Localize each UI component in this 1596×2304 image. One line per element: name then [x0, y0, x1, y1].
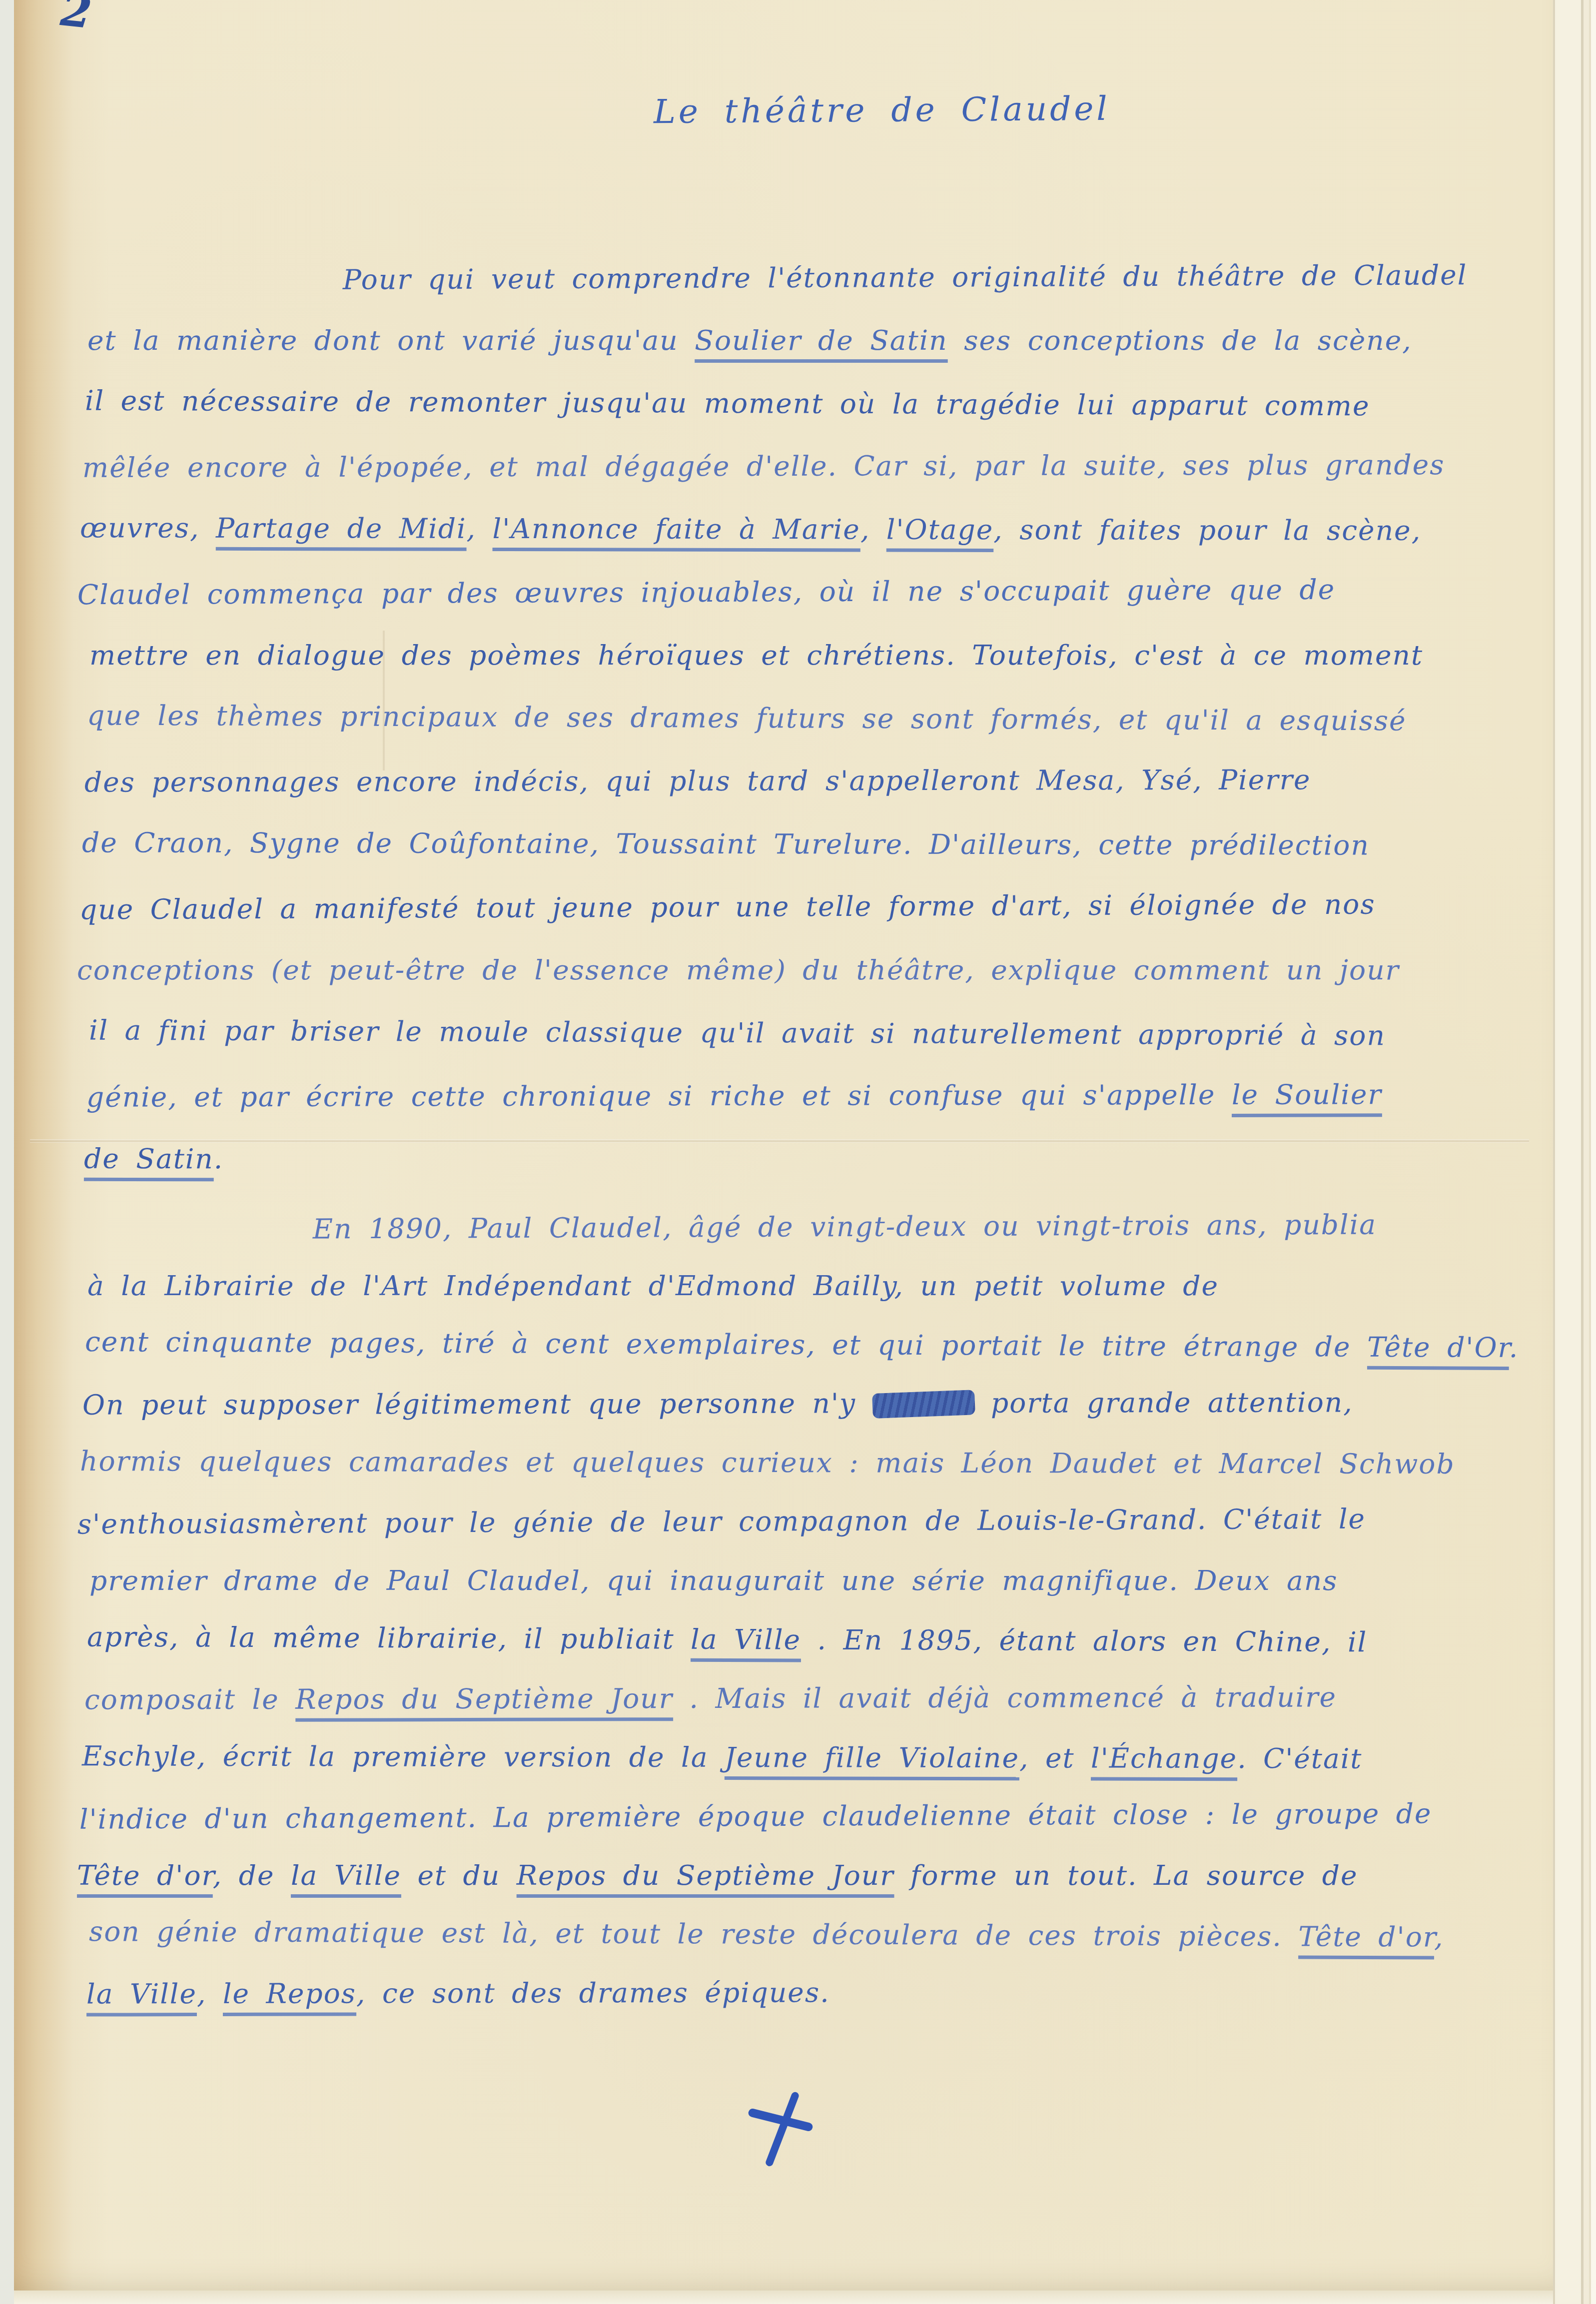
manuscript-line: Tête d'or, de la Ville et du Repos du Se…: [77, 1862, 1358, 1889]
text-segment: ,: [1434, 1921, 1444, 1953]
text-segment: mêlée encore à l'épopée, et mal dégagée …: [82, 449, 1445, 484]
text-segment: En 1890, Paul Claudel, âgé de vingt-deux…: [313, 1209, 1377, 1245]
underlined-work-title: Partage de Midi: [216, 512, 467, 545]
text-segment: ,: [197, 1978, 223, 2010]
manuscript-line: premier drame de Paul Claudel, qui inaug…: [89, 1567, 1338, 1594]
text-segment: génie, et par écrire cette chronique si …: [86, 1079, 1232, 1113]
text-segment: , sont faites pour la scène,: [993, 514, 1421, 547]
scratched-out-word: [872, 1390, 975, 1419]
page-number: 2: [58, 0, 94, 38]
text-segment: que Claudel a manifesté tout jeune pour …: [79, 888, 1376, 926]
text-segment: premier drame de Paul Claudel, qui inaug…: [89, 1564, 1338, 1596]
underlined-work-title: l'Échange: [1091, 1742, 1237, 1775]
text-segment: il est nécessaire de remonter jusqu'au m…: [85, 385, 1370, 422]
cross-stroke: [765, 2091, 800, 2168]
text-segment: , ce sont des drames épiques.: [356, 1976, 830, 2009]
underlined-work-title: l'Annonce faite à Marie: [493, 513, 860, 546]
manuscript-line: que Claudel a manifesté tout jeune pour …: [79, 891, 1376, 924]
page-title: Le théâtre de Claudel: [654, 89, 1110, 131]
text-segment: composait le: [84, 1683, 295, 1716]
text-segment: On peut supposer légitimement que person…: [82, 1387, 872, 1421]
text-segment: forme un tout. La source de: [894, 1859, 1358, 1891]
manuscript-line: il a fini par briser le moule classique …: [89, 1017, 1386, 1050]
text-segment: , de: [213, 1859, 291, 1891]
manuscript-line: mettre en dialogue des poèmes héroïques …: [89, 642, 1423, 669]
underlined-work-title: Tête d'or: [77, 1859, 213, 1891]
manuscript-line: l'indice d'un changement. La première ép…: [79, 1800, 1432, 1833]
text-segment: ses conceptions de la scène,: [948, 324, 1412, 356]
scanned-manuscript-page: 2 Le théâtre de Claudel Pour qui veut co…: [0, 0, 1596, 2304]
ink-cross-mark: [746, 2090, 820, 2170]
manuscript-line: de Craon, Sygne de Coûfontaine, Toussain…: [82, 829, 1370, 859]
manuscript-line: œuvres, Partage de Midi, l'Annonce faite…: [80, 514, 1421, 545]
manuscript-line: génie, et par écrire cette chronique si …: [86, 1081, 1382, 1111]
manuscript-line: que les thèmes principaux de ses drames …: [87, 702, 1407, 735]
text-segment: mettre en dialogue des poèmes héroïques …: [89, 639, 1423, 671]
manuscript-line: mêlée encore à l'épopée, et mal dégagée …: [82, 451, 1445, 482]
manuscript-line: la Ville, le Repos, ce sont des drames é…: [86, 1979, 830, 2008]
text-segment: des personnages encore indécis, qui plus…: [84, 764, 1311, 798]
manuscript-line: il est nécessaire de remonter jusqu'au m…: [85, 387, 1370, 420]
manuscript-line: On peut supposer légitimement que person…: [82, 1389, 1353, 1419]
manuscript-line: son génie dramatique est là, et tout le …: [89, 1918, 1444, 1951]
text-segment: œuvres,: [80, 512, 216, 544]
manuscript-line: hormis quelques camarades et quelques cu…: [80, 1448, 1455, 1478]
underlined-work-title: Tête d'Or: [1367, 1331, 1509, 1364]
manuscript-line: et la manière dont ont varié jusqu'au So…: [87, 327, 1412, 354]
underlined-work-title: l'Otage: [886, 514, 994, 546]
text-segment: et la manière dont ont varié jusqu'au: [87, 324, 695, 356]
manuscript-line: Eschyle, écrit la première version de la…: [82, 1742, 1363, 1772]
text-segment: Pour qui veut comprendre l'étonnante ori…: [343, 259, 1468, 295]
text-segment: après, à la même librairie, il publiait: [87, 1621, 691, 1655]
text-segment: son génie dramatique est là, et tout le …: [89, 1915, 1299, 1952]
underlined-work-title: Repos du Septième Jour: [517, 1859, 894, 1891]
underlined-work-title: Jeune fille Violaine: [725, 1741, 1019, 1774]
text-segment: il a fini par briser le moule classique …: [89, 1014, 1386, 1052]
manuscript-line: à la Librairie de l'Art Indépendant d'Ed…: [87, 1272, 1219, 1300]
text-segment: .: [1509, 1332, 1519, 1364]
text-segment: . C'était: [1237, 1742, 1362, 1775]
underlying-page-edge: [14, 2291, 1553, 2304]
underlined-work-title: le Repos: [223, 1977, 356, 2010]
manuscript-line: des personnages encore indécis, qui plus…: [84, 766, 1311, 796]
text-segment: ,: [467, 513, 493, 545]
manuscript-line: Pour qui veut comprendre l'étonnante ori…: [343, 261, 1468, 293]
manuscript-line: En 1890, Paul Claudel, âgé de vingt-deux…: [313, 1211, 1377, 1243]
horizontal-fold-crease: [30, 1139, 1529, 1143]
underlined-work-title: Soulier de Satin: [695, 324, 948, 356]
text-segment: Claudel commença par des œuvres injouabl…: [77, 574, 1336, 611]
manuscript-line: conceptions (et peut-être de l'essence m…: [77, 956, 1400, 984]
text-segment: conceptions (et peut-être de l'essence m…: [77, 954, 1400, 986]
manuscript-line: après, à la même librairie, il publiait …: [87, 1623, 1367, 1656]
underlined-work-title: Tête d'or: [1298, 1920, 1434, 1953]
text-segment: et du: [401, 1859, 517, 1891]
book-fore-edge: [1553, 0, 1596, 2304]
underlined-work-title: le Soulier: [1232, 1078, 1382, 1111]
underlined-work-title: la Ville: [291, 1859, 401, 1891]
text-segment: s'enthousiasmèrent pour le génie de leur…: [77, 1503, 1366, 1540]
text-segment: . Mais il avait déjà commencé à traduire: [673, 1681, 1337, 1714]
manuscript-line: Claudel commença par des œuvres injouabl…: [77, 576, 1336, 609]
text-segment: cent cinquante pages, tiré à cent exempl…: [85, 1326, 1367, 1363]
manuscript-line: s'enthousiasmèrent pour le génie de leur…: [77, 1506, 1366, 1538]
text-segment: . En 1895, étant alors en Chine, il: [801, 1624, 1367, 1658]
text-segment: l'indice d'un changement. La première ép…: [79, 1797, 1432, 1835]
text-segment: à la Librairie de l'Art Indépendant d'Ed…: [87, 1270, 1219, 1302]
underlined-work-title: la Ville: [691, 1623, 801, 1656]
manuscript-line: composait le Repos du Septième Jour . Ma…: [84, 1683, 1337, 1713]
underlined-work-title: la Ville: [86, 1978, 197, 2010]
text-segment: de Craon, Sygne de Coûfontaine, Toussain…: [82, 826, 1370, 861]
manuscript-line: de Satin.: [84, 1145, 223, 1173]
text-segment: .: [214, 1143, 224, 1175]
text-segment: , et: [1019, 1742, 1091, 1774]
text-segment: que les thèmes principaux de ses drames …: [87, 699, 1407, 737]
manuscript-line: cent cinquante pages, tiré à cent exempl…: [85, 1328, 1519, 1362]
text-segment: ,: [860, 513, 886, 545]
text-segment: porta grande attention,: [974, 1386, 1353, 1419]
text-segment: hormis quelques camarades et quelques cu…: [80, 1445, 1455, 1480]
underlined-work-title: Repos du Septième Jour: [295, 1682, 673, 1715]
text-segment: Eschyle, écrit la première version de la: [82, 1740, 725, 1773]
underlined-work-title: de Satin: [84, 1143, 214, 1175]
